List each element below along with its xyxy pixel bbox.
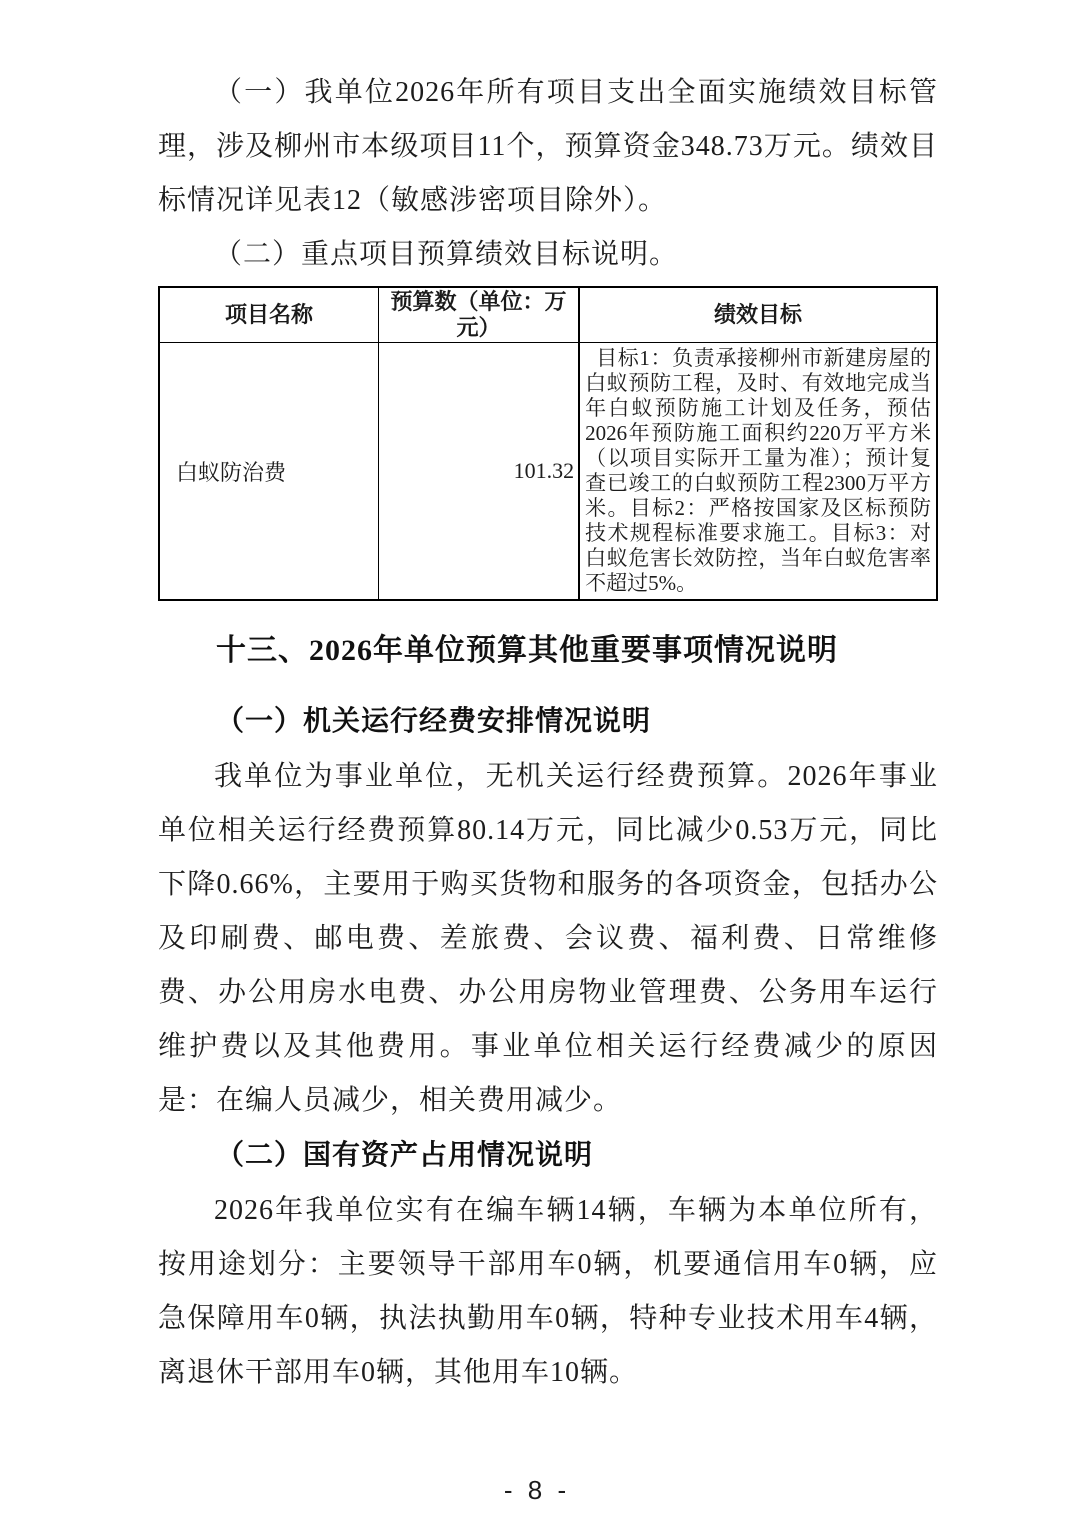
document-page: （一）我单位2026年所有项目支出全面实施绩效目标管理，涉及柳州市本级项目11个…: [0, 0, 1074, 1520]
cell-performance-target: 目标1：负责承接柳州市新建房屋的白蚁预防工程，及时、有效地完成当年白蚁预防施工计…: [579, 343, 937, 601]
intro-paragraph-performance-management: （一）我单位2026年所有项目支出全面实施绩效目标管理，涉及柳州市本级项目11个…: [158, 66, 938, 228]
page-number: - 8 -: [0, 1475, 1074, 1506]
cell-project-name: 白蚁防治费: [159, 343, 378, 601]
header-budget-amount: 预算数（单位：万元）: [378, 287, 579, 343]
header-performance-target: 绩效目标: [579, 287, 937, 343]
performance-target-table: 项目名称 预算数（单位：万元） 绩效目标 白蚁防治费 101.32 目标1：负责…: [158, 286, 938, 601]
subsection-2-title: （二）国有资产占用情况说明: [158, 1138, 938, 1174]
table-row: 白蚁防治费 101.32 目标1：负责承接柳州市新建房屋的白蚁预防工程，及时、有…: [159, 343, 937, 601]
table-header-row: 项目名称 预算数（单位：万元） 绩效目标: [159, 287, 937, 343]
section-13-title: 十三、2026年单位预算其他重要事项情况说明: [158, 632, 938, 670]
subsection-1-body: 我单位为事业单位，无机关运行经费预算。2026年事业单位相关运行经费预算80.1…: [158, 750, 938, 1128]
subsection-1-title: （一）机关运行经费安排情况说明: [158, 704, 938, 740]
subsection-2-body: 2026年我单位实有在编车辆14辆，车辆为本单位所有，按用途划分：主要领导干部用…: [158, 1184, 938, 1400]
document-content: （一）我单位2026年所有项目支出全面实施绩效目标管理，涉及柳州市本级项目11个…: [0, 0, 1074, 1400]
intro-paragraph-key-project-note: （二）重点项目预算绩效目标说明。: [158, 228, 938, 282]
cell-budget-amount: 101.32: [378, 343, 579, 601]
header-project-name: 项目名称: [159, 287, 378, 343]
